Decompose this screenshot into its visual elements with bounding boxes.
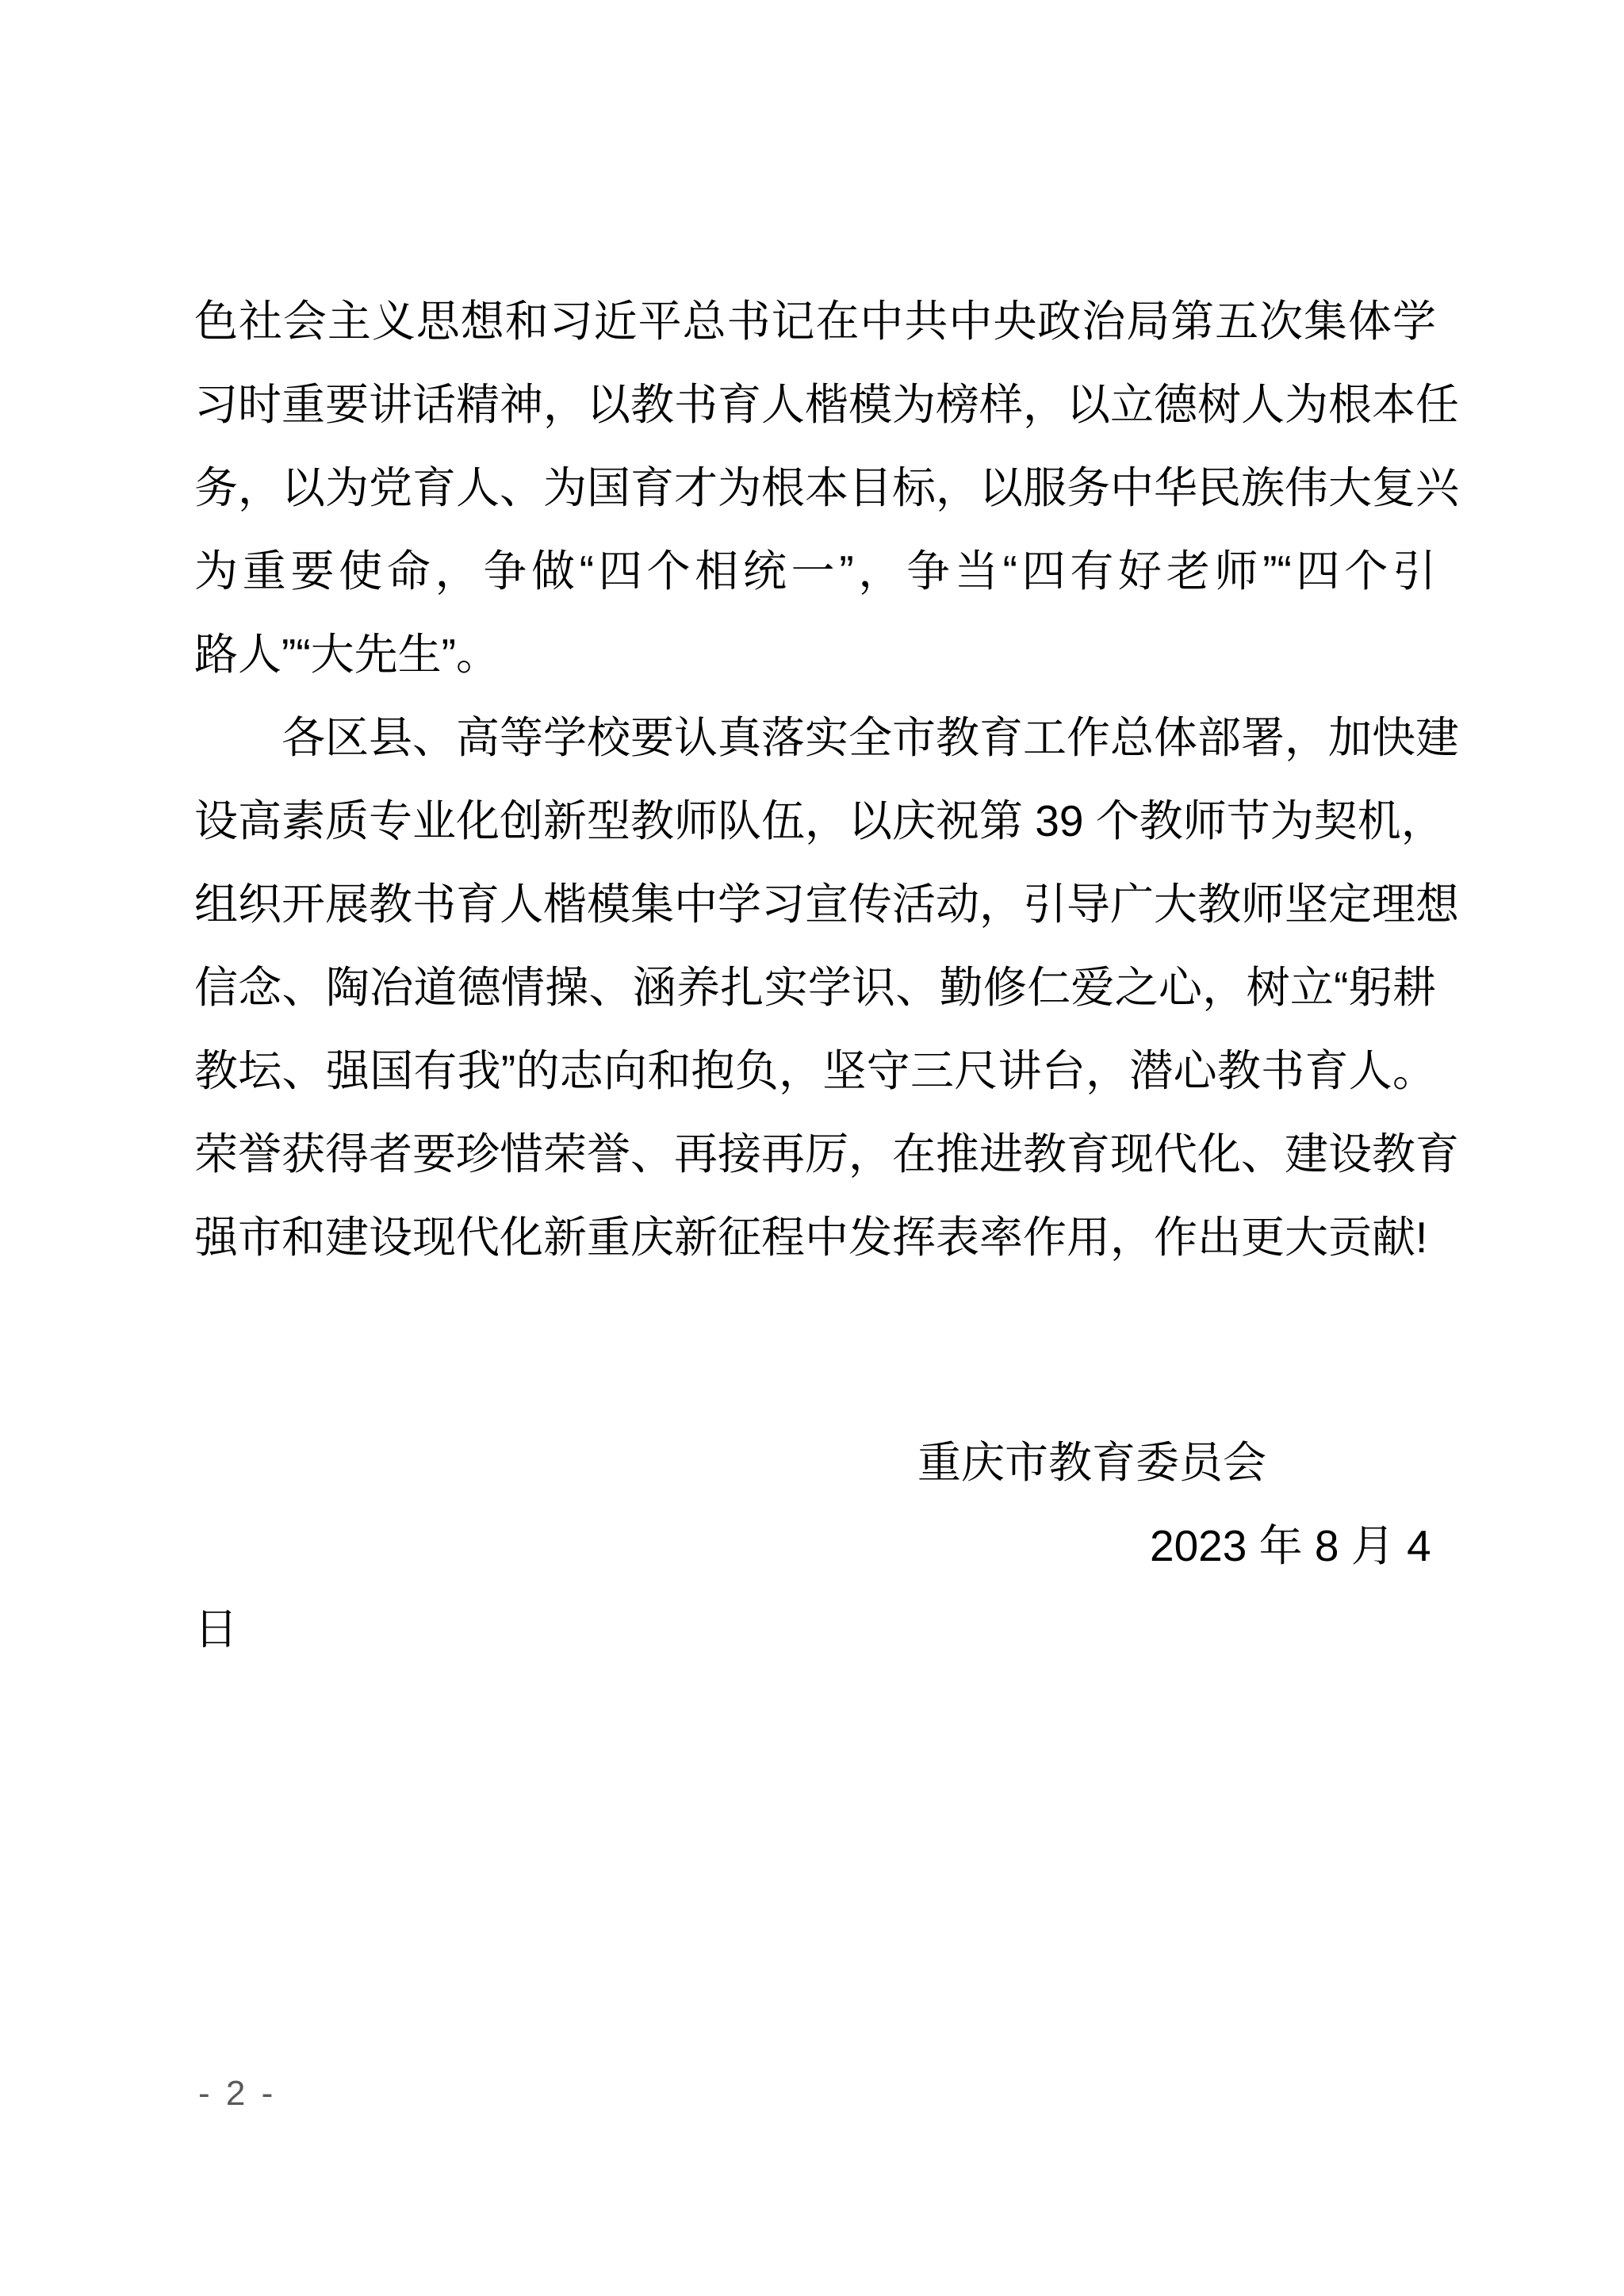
signature-organization: 重庆市教育委员会	[194, 1421, 1436, 1504]
body-line: 路人”“大先生”。	[194, 613, 1436, 696]
signature-block: 重庆市教育委员会 2023 年 8 月 4 日	[194, 1421, 1436, 1671]
body-line: 组织开展教书育人楷模集中学习宣传活动，引导广大教师坚定理想	[194, 863, 1436, 946]
body-line: 务，以为党育人、为国育才为根本目标，以服务中华民族伟大复兴	[194, 447, 1436, 530]
body-line: 设高素质专业化创新型教师队伍，以庆祝第 39 个教师节为契机，	[194, 780, 1436, 863]
body-line: 习时重要讲话精神，以教书育人楷模为榜样，以立德树人为根本任	[194, 363, 1436, 447]
document-page: 色社会主义思想和习近平总书记在中共中央政治局第五次集体学 习时重要讲话精神，以教…	[0, 0, 1624, 2296]
page-number: - 2 -	[198, 2072, 276, 2116]
body-line: 各区县、高等学校要认真落实全市教育工作总体部署，加快建	[194, 696, 1436, 780]
signature-date-wrap: 日	[194, 1588, 1436, 1671]
body-line: 信念、陶冶道德情操、涵养扎实学识、勤修仁爱之心，树立“躬耕	[194, 946, 1436, 1029]
signature-date: 2023 年 8 月 4	[194, 1504, 1436, 1588]
body-line: 为重要使命，争做“四个相统一”，争当“四有好老师”“四个引	[194, 530, 1436, 613]
body-line: 荣誉获得者要珍惜荣誉、再接再厉，在推进教育现代化、建设教育	[194, 1113, 1436, 1196]
body-line: 强市和建设现代化新重庆新征程中发挥表率作用，作出更大贡献!	[194, 1196, 1436, 1279]
body-line: 教坛、强国有我”的志向和抱负，坚守三尺讲台，潜心教书育人。	[194, 1029, 1436, 1113]
body-line: 色社会主义思想和习近平总书记在中共中央政治局第五次集体学	[194, 280, 1436, 363]
document-body: 色社会主义思想和习近平总书记在中共中央政治局第五次集体学 习时重要讲话精神，以教…	[194, 280, 1436, 1671]
